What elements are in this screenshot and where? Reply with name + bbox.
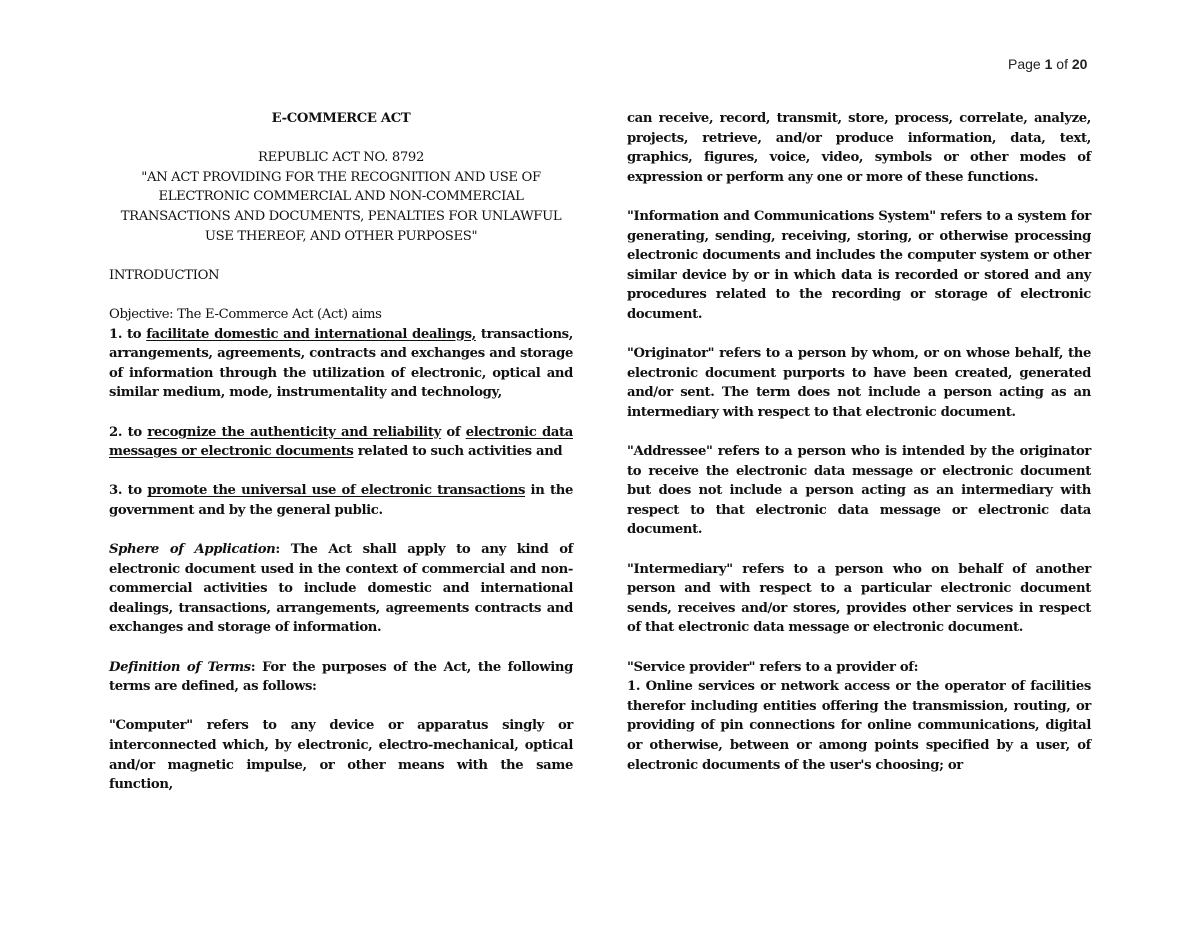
act-heading: REPUBLIC ACT NO. 8792 "AN ACT PROVIDING … <box>109 148 573 246</box>
long-title-line: "AN ACT PROVIDING FOR THE RECOGNITION AN… <box>109 168 573 188</box>
republic-act-number: REPUBLIC ACT NO. 8792 <box>109 148 573 168</box>
objective-1: 1. to facilitate domestic and internatio… <box>109 325 573 403</box>
sphere-label: Sphere of Application <box>109 542 275 557</box>
service-provider-intro: "Service provider" refers to a provider … <box>627 658 1091 678</box>
page-total: 20 <box>1072 56 1088 72</box>
originator-definition: "Originator" refers to a person by whom,… <box>627 344 1091 422</box>
objective-3: 3. to promote the universal use of elect… <box>109 481 573 520</box>
page-of: of <box>1056 56 1068 72</box>
page-current: 1 <box>1045 56 1053 72</box>
right-column: can receive, record, transmit, store, pr… <box>627 109 1091 795</box>
sphere-of-application: Sphere of Application: The Act shall app… <box>109 540 573 638</box>
computer-definition: "Computer" refers to any device or appar… <box>109 716 573 794</box>
long-title-line: USE THEREOF, AND OTHER PURPOSES" <box>109 227 573 247</box>
service-provider-item-1: 1. Online services or network access or … <box>627 677 1091 775</box>
addressee-definition: "Addressee" refers to a person who is in… <box>627 442 1091 540</box>
underlined-phrase: facilitate domestic and international de… <box>146 327 476 342</box>
objective-2: 2. to recognize the authenticity and rel… <box>109 423 573 462</box>
intermediary-definition: "Intermediary" refers to a person who on… <box>627 560 1091 638</box>
page-indicator: Page 1 of 20 <box>1008 56 1087 72</box>
objective-intro: Objective: The E-Commerce Act (Act) aims <box>109 305 573 325</box>
underlined-phrase: promote the universal use of electronic … <box>147 483 525 498</box>
long-title-line: TRANSACTIONS AND DOCUMENTS, PENALTIES FO… <box>109 207 573 227</box>
ics-definition: "Information and Communications System" … <box>627 207 1091 325</box>
document-title: E-COMMERCE ACT <box>109 109 573 129</box>
definitions-label: Definition of Terms <box>109 660 251 675</box>
long-title-line: ELECTRONIC COMMERCIAL AND NON-COMMERCIAL <box>109 187 573 207</box>
definition-of-terms: Definition of Terms: For the purposes of… <box>109 658 573 697</box>
introduction-heading: INTRODUCTION <box>109 266 573 286</box>
computer-definition-continued: can receive, record, transmit, store, pr… <box>627 109 1091 187</box>
underlined-phrase: recognize the authenticity and reliabili… <box>147 425 441 440</box>
page-label: Page <box>1008 56 1041 72</box>
left-column: E-COMMERCE ACT REPUBLIC ACT NO. 8792 "AN… <box>109 109 573 814</box>
